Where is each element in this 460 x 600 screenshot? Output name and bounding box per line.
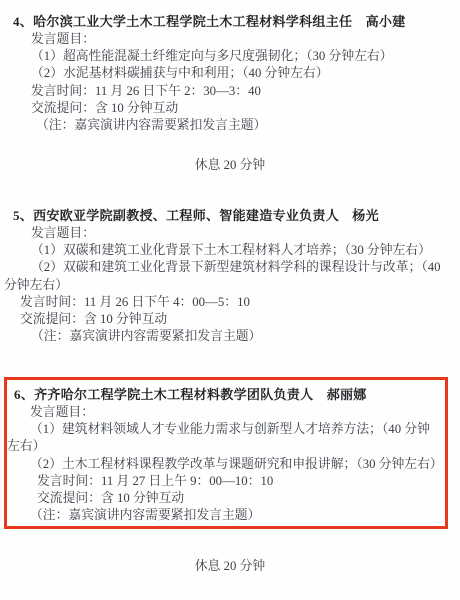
agenda-section-4: 4、哈尔滨工业大学土木工程学院土木工程材料学科组主任 高小建 发言题目：（1）超… [0,12,460,134]
section-line: 左右） [7,438,445,455]
section-6-heading: 6、齐齐哈尔工程学院土木工程材料教学团队负责人 郝丽娜 [7,385,445,404]
break-label: 休息 20 分钟 [0,157,460,174]
agenda-section-6-highlight-box: 6、齐齐哈尔工程学院土木工程材料教学团队负责人 郝丽娜 发言题目：（1）建筑材料… [4,377,448,529]
section-line: （1）建筑材料领域人才专业能力需求与创新型人才培养方法；（40 分钟 [7,421,445,438]
section-5-heading: 5、西安欧亚学院副教授、工程师、智能建造专业负责人 杨光 [0,206,460,225]
section-line: （1）双碳和建筑工业化背景下土木工程材料人才培养；（30 分钟左右） [0,242,460,259]
section-line: （注：嘉宾演讲内容需要紧扣发言主题） [0,117,460,134]
section-line: （2）水泥基材料碳捕获与中和利用；（40 分钟左右） [0,65,460,82]
section-5-lines: 发言题目：（1）双碳和建筑工业化背景下土木工程材料人才培养；（30 分钟左右）（… [0,225,460,345]
section-line: 发言时间：11 月 26 日下午 4：00—5：10 [0,294,460,311]
break-label: 休息 20 分钟 [0,558,460,575]
section-line: 发言题目： [7,404,445,421]
section-6-lines: 发言题目：（1）建筑材料领域人才专业能力需求与创新型人才培养方法；（40 分钟左… [7,404,445,524]
section-4-lines: 发言题目：（1）超高性能混凝土纤维定向与多尺度强韧化；（30 分钟左右）（2）水… [0,31,460,134]
section-line: 交流提问：含 10 分钟互动 [0,311,460,328]
section-line: （1）超高性能混凝土纤维定向与多尺度强韧化；（30 分钟左右） [0,48,460,65]
section-line: 发言题目： [0,31,460,48]
section-4-heading: 4、哈尔滨工业大学土木工程学院土木工程材料学科组主任 高小建 [0,12,460,31]
section-line: 发言时间：11 月 26 日下午 2：30—3：40 [0,83,460,100]
section-line: 发言时间：11 月 27 日上午 9：00—10：10 [7,473,445,490]
section-line: （注：嘉宾演讲内容需要紧扣发言主题） [7,507,445,524]
section-line: （注：嘉宾演讲内容需要紧扣发言主题） [0,328,460,345]
section-line: 交流提问：含 10 分钟互动 [0,100,460,117]
agenda-section-5: 5、西安欧亚学院副教授、工程师、智能建造专业负责人 杨光 发言题目：（1）双碳和… [0,206,460,345]
section-line: （2）土木工程材料课程教学改革与课题研究和申报讲解；（30 分钟左右） [7,456,445,473]
section-line: 交流提问：含 10 分钟互动 [7,490,445,507]
agenda-document-page: 4、哈尔滨工业大学土木工程学院土木工程材料学科组主任 高小建 发言题目：（1）超… [0,0,460,600]
section-line: 分钟左右） [0,277,460,294]
section-line: 发言题目： [0,225,460,242]
section-line: （2）双碳和建筑工业化背景下新型建筑材料学科的课程设计与改革；（40 [0,259,460,276]
